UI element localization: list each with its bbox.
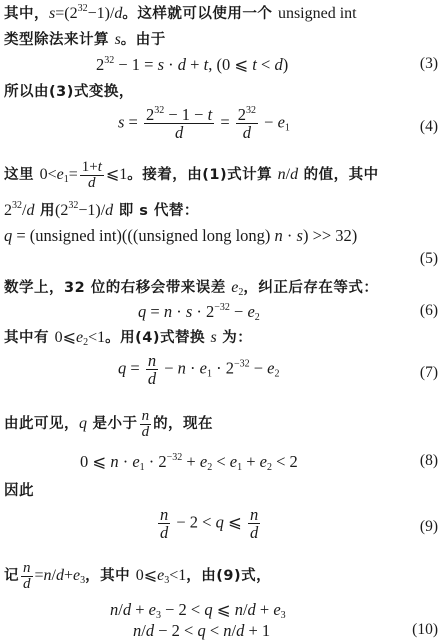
text: 的，现在	[153, 416, 213, 432]
equation-10a: n/d + e3 − 2 < q ⩽ n/d + e3	[0, 600, 448, 622]
paragraph-line-10: 记nd=n/d+e3，其中 0⩽e3<1，由(9)式，	[4, 556, 438, 594]
text: 。用(4)式替换	[105, 330, 210, 346]
equation-body: q = (unsigned int)(((unsigned long long)…	[4, 226, 357, 246]
equation-9: nd − 2 < q ⩽ nd (9)	[0, 506, 448, 550]
equation-7: q = nd − n · e1 · 2−32 − e2 (7)	[0, 352, 448, 396]
text: 为：	[217, 330, 253, 346]
text: 。接着，由(1)式计算	[127, 167, 277, 183]
equation-number: (3)	[420, 55, 438, 73]
equation-body: 232 − 1 = s · d + t, (0 ⩽ t < d)	[96, 55, 288, 75]
equation-number: (4)	[420, 118, 438, 136]
equation-body: s = 232 − 1 − td = 232d − e1	[118, 106, 290, 141]
fraction: 232 − 1 − td	[144, 106, 214, 141]
fraction: nd	[248, 506, 260, 541]
inline-fraction: nd	[138, 415, 154, 432]
equation-body: q = nd − n · e1 · 2−32 − e2	[118, 352, 279, 387]
equation-8: 0 ⩽ n · e1 · 2−32 + e2 < e1 + e2 < 2 (8)	[0, 452, 448, 474]
text: 。由于	[121, 32, 166, 48]
paragraph-line-7: 其中有 0⩽e2<1。用(4)式替换 s 为：	[4, 327, 438, 348]
inline-math-e3-range: 0⩽e3<1	[136, 567, 187, 584]
equation-number: (9)	[420, 518, 438, 536]
fraction: nd	[146, 352, 158, 387]
equation-number: (6)	[420, 302, 438, 320]
paragraph-line-8: 由此可见，q 是小于nd的，现在	[4, 404, 438, 442]
inline-math-q: q	[79, 415, 87, 432]
paragraph-line-4: 这里 0<e1=1+td⩽1。接着，由(1)式计算 n/d 的值，其中	[4, 156, 438, 192]
fraction: 1+td	[80, 160, 104, 191]
inline-math: (232−1)/d	[55, 202, 113, 219]
paragraph-line-1: 其中，s=(232−1)/d。这样就可以使用一个 unsigned int	[4, 3, 438, 24]
equation-body: 0 ⩽ n · e1 · 2−32 + e2 < e1 + e2 < 2	[80, 452, 298, 472]
inline-math-s-def: s=(232−1)/d	[49, 5, 122, 22]
equation-5: q = (unsigned int)(((unsigned long long)…	[0, 226, 448, 270]
equation-body: nd − 2 < q ⩽ nd	[156, 506, 262, 541]
text: 类型除法来计算	[4, 32, 115, 48]
paragraph-line-2: 类型除法来计算 s。由于	[4, 29, 438, 50]
text: 数学上，32 位的右移会带来误差	[4, 280, 231, 296]
text: 因此	[4, 483, 34, 499]
text: 其中有	[4, 330, 55, 346]
equation-body: n/d − 2 < q < n/d + 1	[133, 621, 270, 641]
text: 其中，	[4, 6, 49, 22]
text: 是小于	[87, 416, 138, 432]
equation-body: n/d + e3 − 2 < q ⩽ n/d + e3	[110, 600, 286, 620]
equation-number: (7)	[420, 364, 438, 382]
paragraph-line-3: 所以由(3)式变换，	[4, 81, 438, 102]
text: 所以由(3)式变换，	[4, 84, 134, 100]
fraction: 232d	[236, 106, 258, 141]
paragraph-line-6: 数学上，32 位的右移会带来误差 e2，纠正后存在等式：	[4, 277, 438, 298]
text: 即 s 代替：	[113, 203, 199, 219]
code-term: unsigned int	[278, 5, 357, 22]
paragraph-line-5: 232/d 用(232−1)/d 即 s 代替：	[4, 200, 438, 221]
equation-body: q = n · s · 2−32 − e2	[138, 302, 260, 322]
inline-math: 232/d	[4, 202, 34, 219]
text: 的值，其中	[298, 167, 379, 183]
inline-math-e2-range: 0⩽e2<1	[55, 329, 106, 346]
equation-number: (5)	[420, 250, 438, 268]
text: 由此可见，	[4, 416, 79, 432]
text: 用	[34, 203, 55, 219]
equation-3: 232 − 1 = s · d + t, (0 ⩽ t < d) (3)	[0, 55, 448, 77]
equation-4: s = 232 − 1 − td = 232d − e1 (4)	[0, 106, 448, 150]
inline-math-e1-def: 0<e1=1+td⩽1	[40, 166, 128, 183]
inline-math-e2: e2	[231, 279, 243, 296]
equation-number: (10)	[412, 621, 438, 639]
fraction: nd	[158, 506, 170, 541]
text: ，由(9)式，	[186, 568, 271, 584]
inline-math-e3-def: nd=n/d+e3	[19, 567, 85, 584]
equation-10: n/d − 2 < q < n/d + 1 (10)	[0, 621, 448, 643]
text: 记	[4, 568, 19, 584]
equation-number: (8)	[420, 452, 438, 470]
equation-6: q = n · s · 2−32 − e2 (6)	[0, 302, 448, 324]
text: ，纠正后存在等式：	[243, 280, 378, 296]
text: ，其中	[85, 568, 136, 584]
text: 这里	[4, 167, 40, 183]
text: 。这样就可以使用一个	[122, 6, 278, 22]
paragraph-line-9: 因此	[4, 480, 438, 501]
inline-math-n-over-d: n/d	[278, 166, 298, 183]
